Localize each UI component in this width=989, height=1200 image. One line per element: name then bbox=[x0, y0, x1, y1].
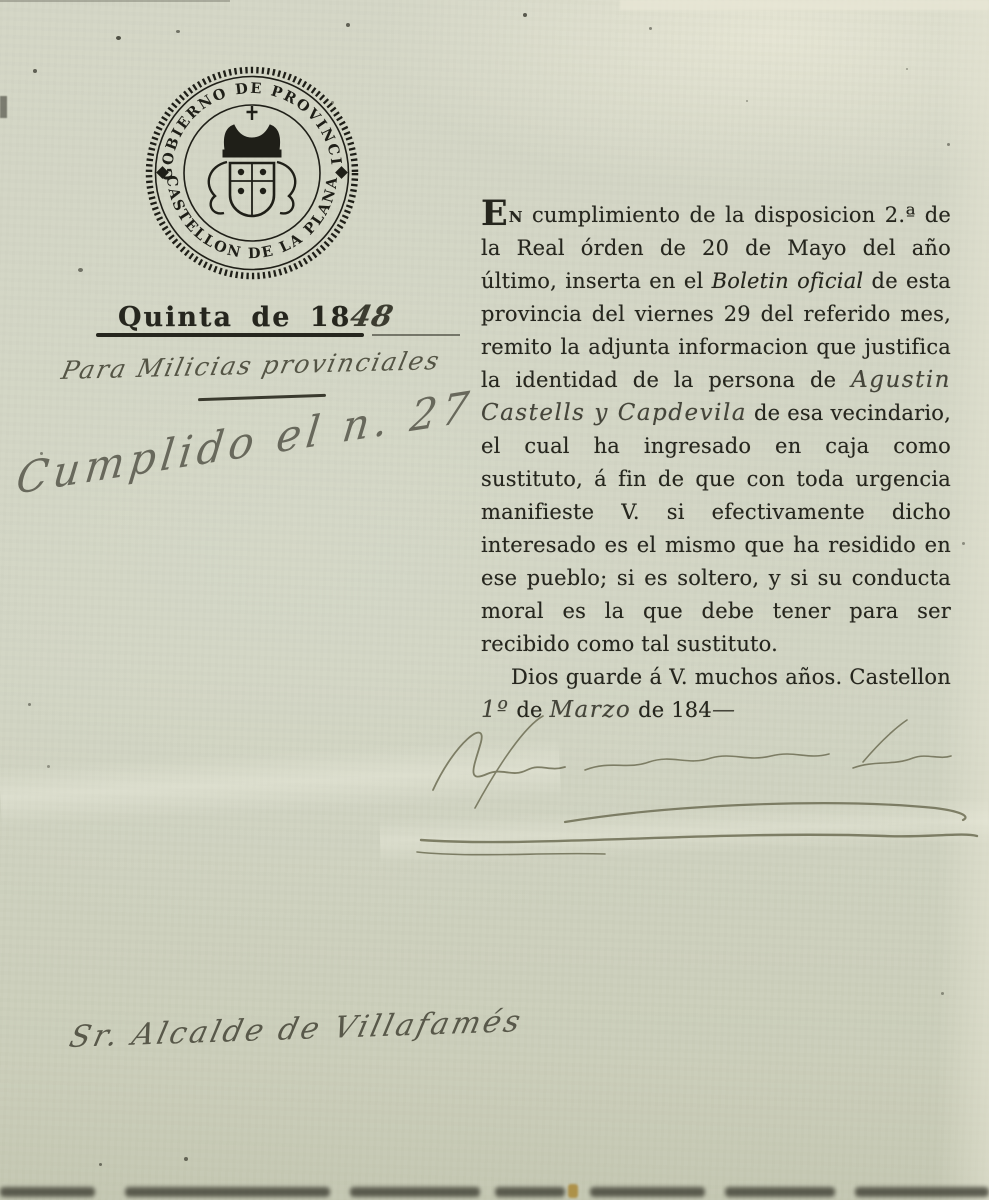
heading-underline-extension bbox=[372, 334, 460, 336]
crown-icon bbox=[224, 125, 279, 150]
foxing-speck bbox=[941, 992, 944, 995]
left-flourish bbox=[209, 162, 227, 213]
addressee-line: Sr. Alcalde de Villafamés bbox=[66, 1004, 526, 1055]
smudge-mark bbox=[855, 1187, 989, 1197]
smudge-mark bbox=[0, 1187, 95, 1197]
smudge-mark bbox=[350, 1187, 480, 1197]
right-flourish bbox=[277, 162, 295, 213]
quinta-heading-printed: Quinta de 18 bbox=[118, 302, 351, 333]
official-seal: GOBIERNO DE PROVINCIA CASTELLON DE LA PL… bbox=[143, 64, 361, 282]
body-segment-3: de esa vecindario, el cual ha ingresado … bbox=[481, 401, 951, 656]
document-page: GOBIERNO DE PROVINCIA CASTELLON DE LA PL… bbox=[0, 0, 989, 1200]
foxing-speck bbox=[649, 27, 652, 30]
foxing-speck bbox=[346, 23, 350, 27]
left-edge-mark bbox=[0, 96, 7, 118]
margin-note-purpose: Para Milicias provinciales bbox=[59, 346, 444, 385]
smudge-mark bbox=[725, 1187, 835, 1197]
smudge-mark bbox=[590, 1187, 705, 1197]
foxing-speck bbox=[116, 36, 121, 40]
letter-body-paragraph: En cumplimiento de la disposicion 2.ª de… bbox=[481, 196, 951, 661]
foxing-speck bbox=[906, 68, 908, 70]
margin-note-underline bbox=[198, 394, 326, 401]
heading-underline bbox=[96, 333, 364, 337]
coat-of-arms bbox=[209, 106, 295, 217]
boletin-oficial-italic: Boletin oficial bbox=[712, 269, 864, 293]
foxing-speck bbox=[523, 13, 527, 17]
dropcap-initial: E bbox=[481, 193, 509, 234]
foxing-speck bbox=[78, 268, 83, 272]
foxing-speck bbox=[99, 1163, 102, 1166]
foxing-speck bbox=[947, 143, 950, 146]
amber-smudge-mark bbox=[568, 1184, 578, 1198]
quinta-heading: Quinta de 1848 bbox=[118, 299, 394, 333]
foxing-speck bbox=[47, 765, 50, 768]
foxing-speck bbox=[40, 452, 43, 455]
closing-printed-open: Dios guarde á V. muchos años. Castellon bbox=[511, 665, 951, 689]
smudge-mark bbox=[495, 1187, 565, 1197]
signature-flourish bbox=[415, 712, 985, 862]
quinta-heading-year-handwritten: 48 bbox=[348, 299, 398, 333]
foxing-speck bbox=[33, 69, 37, 73]
dropcap-smallcap: n bbox=[509, 202, 523, 227]
top-edge-mark bbox=[0, 0, 230, 2]
foxing-speck bbox=[176, 30, 180, 33]
foxing-speck bbox=[331, 101, 334, 104]
top-light-strip bbox=[620, 0, 989, 10]
smudge-mark bbox=[125, 1187, 330, 1197]
foxing-speck bbox=[746, 100, 748, 102]
letter-text-column: En cumplimiento de la disposicion 2.ª de… bbox=[481, 196, 951, 727]
foxing-speck bbox=[962, 542, 965, 545]
foxing-speck bbox=[184, 1157, 188, 1161]
bottom-smudge-band bbox=[0, 1184, 989, 1200]
foxing-speck bbox=[28, 703, 31, 706]
